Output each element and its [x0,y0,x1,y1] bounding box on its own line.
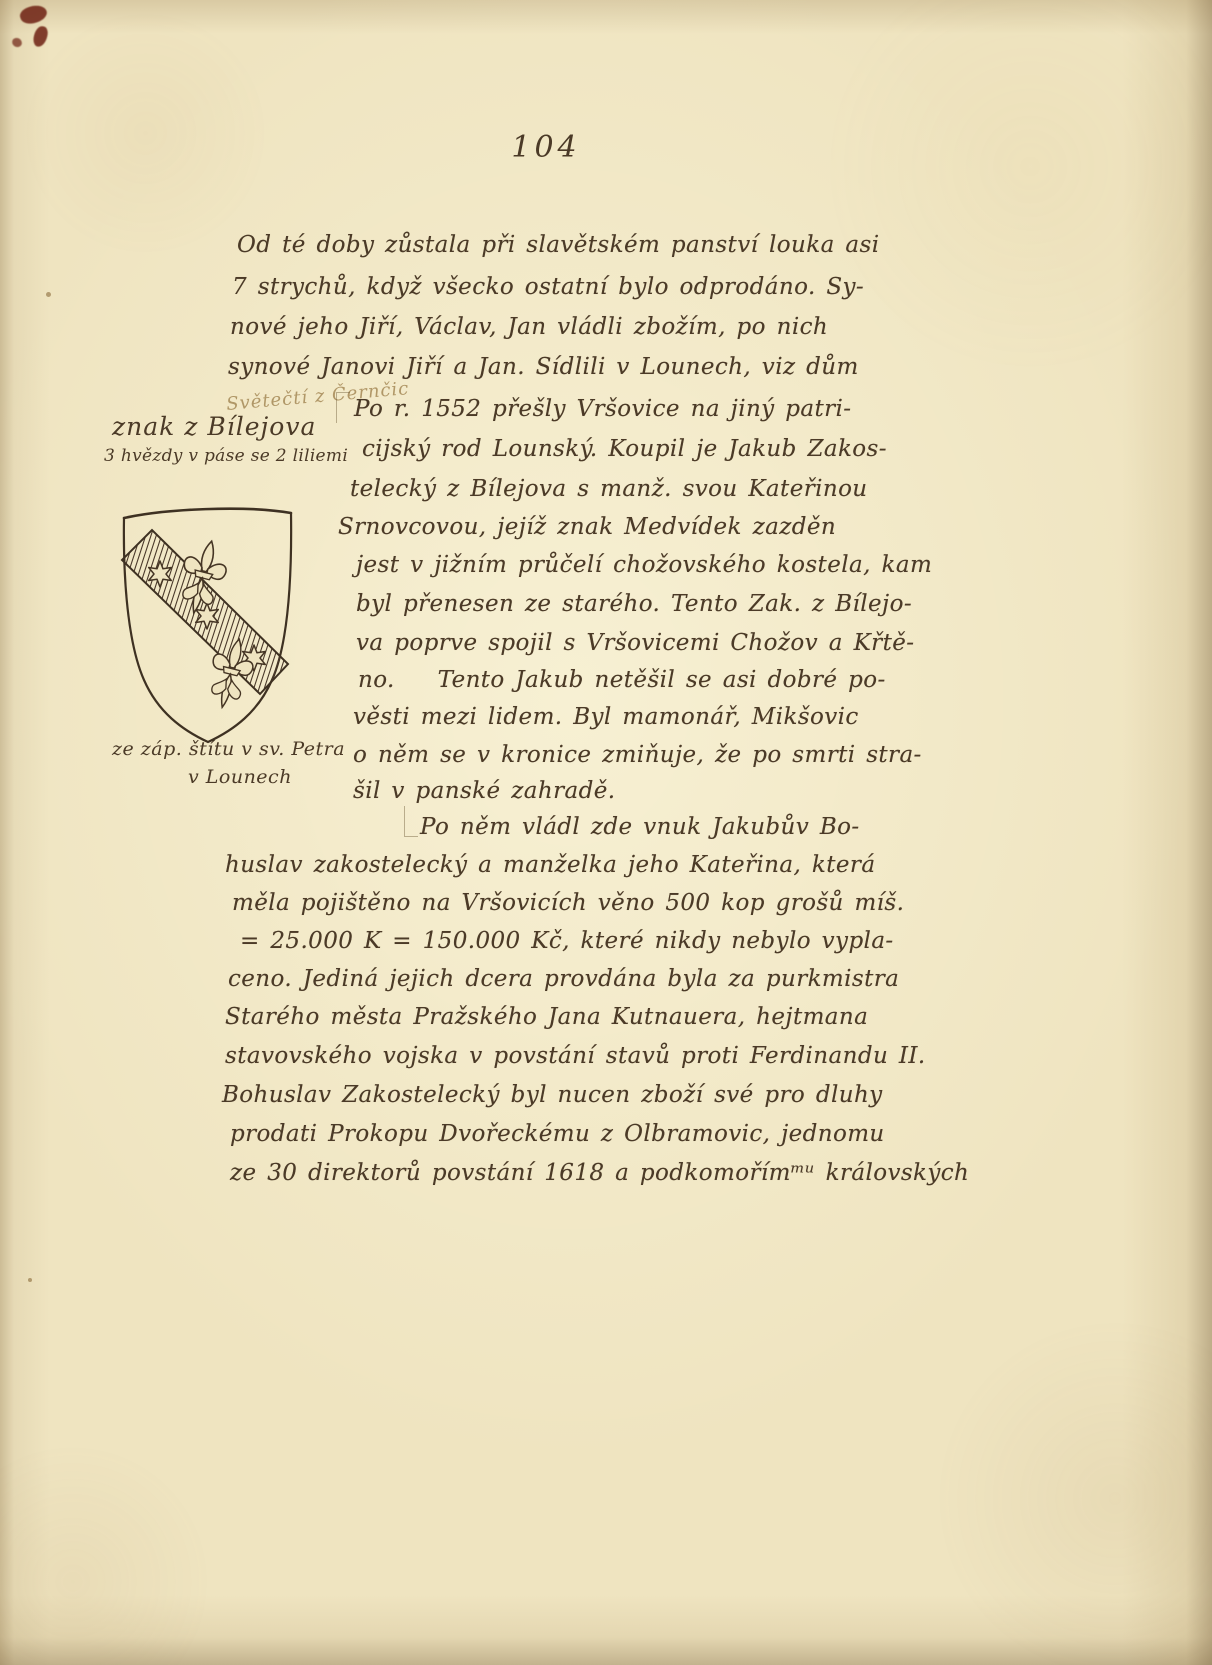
manuscript-line: va poprve spojil s Vršovicemi Chožov a K… [356,628,914,658]
manuscript-line: ze 30 direktorů povstání 1618 a podkomoř… [230,1158,969,1188]
page-number: 104 [0,130,1092,165]
manuscript-line: Po r. 1552 přešly Vršovice na jiný patri… [354,394,851,424]
red-ink-corner-mark [32,25,50,49]
manuscript-line: měla pojištěno na Vršovicích věno 500 ko… [232,888,904,918]
manuscript-line: jest v jižním průčelí chožovského kostel… [356,550,932,580]
heraldry-caption-line2: v Lounech [188,766,292,788]
red-ink-corner-mark [10,36,23,49]
manuscript-line: ceno. Jediná jejich dcera provdána byla … [228,964,899,994]
manuscript-line: Po něm vládl zde vnuk Jakubův Bo- [420,812,860,842]
manuscript-line: stavovského vojska v povstání stavů prot… [225,1041,926,1071]
manuscript-line: šil v panské zahradě. [353,776,615,806]
ink-speck [28,1278,32,1282]
ink-speck [46,292,51,297]
manuscript-line: = 25.000 K = 150.000 Kč, které nikdy neb… [240,926,894,956]
manuscript-line: Bohuslav Zakostelecký byl nucen zboží sv… [222,1080,883,1110]
manuscript-line: no. Tento Jakub netěšil se asi dobré po- [358,665,886,695]
coat-of-arms-shield [110,488,306,750]
manuscript-line: byl přenesen ze starého. Tento Zak. z Bí… [356,589,912,619]
heraldry-subtitle: 3 hvězdy v páse se 2 liliemi [104,446,348,466]
manuscript-line: Srnovcovou, jejíž znak Medvídek zazděn [338,512,836,542]
manuscript-line: synové Janovi Jiří a Jan. Sídlili v Loun… [228,352,859,382]
manuscript-line: cijský rod Lounský. Koupil je Jakub Zako… [362,434,887,464]
manuscript-line: věsti mezi lidem. Byl mamonář, Mikšovic [353,702,859,732]
manuscript-line: o něm se v kronice zmiňuje, že po smrti … [353,740,922,770]
manuscript-line: telecký z Bílejova s manž. svou Kateřino… [350,474,868,504]
shield-drawing [110,488,306,750]
manuscript-line: 7 strychů, když všecko ostatní bylo odpr… [232,272,864,302]
heraldry-title: znak z Bílejova [112,412,316,441]
manuscript-line: huslav zakostelecký a manželka jeho Kate… [225,850,875,880]
scanned-manuscript-page: { "page": { "number": "104", "paper_colo… [0,0,1212,1665]
manuscript-line: prodati Prokopu Dvořeckému z Olbramovic,… [230,1119,885,1149]
paragraph-mark [404,806,418,837]
manuscript-line: Starého města Pražského Jana Kutnauera, … [225,1002,868,1032]
manuscript-line: Od té doby zůstala při slavětském panstv… [237,230,880,260]
manuscript-line: nové jeho Jiří, Václav, Jan vládli zboží… [230,312,828,342]
red-ink-corner-mark [18,2,49,27]
paragraph-mark [336,392,350,423]
